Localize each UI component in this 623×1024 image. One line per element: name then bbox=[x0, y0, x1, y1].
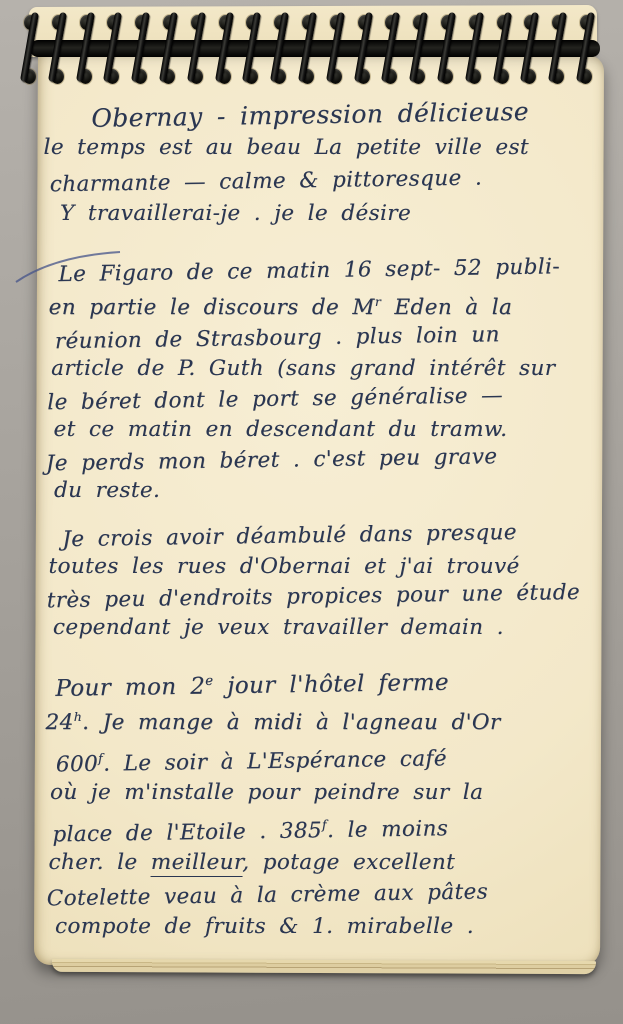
handwritten-line: charmante — calme & pittoresque . bbox=[50, 160, 596, 202]
text-segment: , potage excellent bbox=[242, 850, 455, 875]
text-segment: Je perds mon béret . c'est peu grave bbox=[46, 444, 498, 476]
handwritten-line: 600f. Le soir à L'Espérance café bbox=[56, 735, 601, 782]
handwritten-line: toutes les rues d'Obernai et j'ai trouvé bbox=[48, 552, 598, 583]
handwritten-line: en partie le discours de Mr Eden à la bbox=[49, 286, 597, 323]
paragraph-2: Le Figaro de ce matin 16 sept- 52 publi-… bbox=[40, 254, 598, 508]
text-segment: Cotelette veau à la crème aux pâtes bbox=[47, 880, 489, 912]
handwritten-line: réunion de Strasbourg . plus loin un bbox=[55, 319, 597, 358]
handwritten-line: cependant je veux travailler demain . bbox=[53, 613, 599, 644]
text-segment: très peu d'endroits propices pour une ét… bbox=[47, 580, 581, 613]
text-segment: compote de fruits & 1. mirabelle . bbox=[55, 914, 474, 939]
text-segment: Je crois avoir déambulé dans presque bbox=[62, 520, 517, 552]
paragraph-4: Pour mon 2e jour l'hôtel ferme24h. Je ma… bbox=[43, 662, 601, 945]
paragraph-1: Obernay - impression délicieusele temps … bbox=[39, 96, 596, 232]
text-segment: en partie le discours de M bbox=[49, 295, 375, 320]
notebook-photo: Obernay - impression délicieusele temps … bbox=[0, 0, 623, 1024]
text-segment: 600 bbox=[56, 752, 99, 778]
text-segment: jour l'hôtel ferme bbox=[213, 670, 449, 700]
text-segment: place de l'Etoile . 385 bbox=[52, 818, 322, 847]
handwritten-text: Obernay - impression délicieusele temps … bbox=[39, 52, 601, 945]
text-segment: Le Figaro de ce matin 16 sept- 52 publi- bbox=[58, 254, 560, 287]
underlined-word: meilleur bbox=[151, 850, 242, 877]
handwritten-line: du reste. bbox=[54, 476, 598, 507]
text-segment: le temps est au beau La petite ville est bbox=[44, 135, 529, 160]
handwritten-line: très peu d'endroits propices pour une ét… bbox=[46, 578, 598, 617]
handwritten-line: Y travaillerai-je . je le désire bbox=[60, 197, 596, 230]
handwritten-line: où je m'installe pour peindre sur la bbox=[50, 777, 600, 809]
handwritten-line: Cotelette veau à la crème aux pâtes bbox=[47, 875, 601, 916]
handwritten-line: le béret dont le port se généralise — bbox=[47, 380, 597, 419]
text-segment: cependant je veux travailler demain . bbox=[53, 615, 504, 640]
handwritten-line: compote de fruits & 1. mirabelle . bbox=[55, 911, 601, 943]
handwritten-line: Je crois avoir déambulé dans presque bbox=[62, 517, 598, 556]
text-segment: . le moins bbox=[327, 816, 449, 843]
text-segment: Obernay - impression délicieuse bbox=[91, 97, 529, 133]
text-segment: cher. le bbox=[49, 850, 151, 875]
text-segment: 24 bbox=[46, 710, 74, 735]
text-segment: . Le soir à L'Espérance café bbox=[103, 746, 447, 776]
handwritten-line: place de l'Etoile . 385f. le moins bbox=[52, 805, 601, 852]
handwritten-line: Pour mon 2e jour l'hôtel ferme bbox=[55, 660, 600, 705]
handwritten-line: 24h. Je mange à midi à l'agneau d'Or bbox=[46, 701, 600, 739]
text-segment: et ce matin en descendant du tramw. bbox=[54, 417, 508, 442]
text-segment: réunion de Strasbourg . plus loin un bbox=[55, 322, 500, 354]
handwritten-line: et ce matin en descendant du tramw. bbox=[54, 415, 598, 446]
text-segment: du reste. bbox=[54, 478, 160, 503]
page-stack-edge bbox=[52, 959, 596, 974]
handwritten-line: le temps est au beau La petite ville est bbox=[44, 131, 596, 164]
text-segment: Eden à la bbox=[381, 295, 512, 320]
text-segment: le béret dont le port se généralise — bbox=[47, 383, 503, 415]
handwritten-line: Le Figaro de ce matin 16 sept- 52 publi- bbox=[58, 252, 596, 291]
handwritten-line: Je perds mon béret . c'est peu grave bbox=[46, 441, 598, 480]
text-segment: Pour mon 2 bbox=[55, 674, 205, 702]
text-segment: article de P. Guth (sans grand intérêt s… bbox=[51, 356, 555, 381]
text-segment: . Je mange à midi à l'agneau d'Or bbox=[82, 710, 500, 735]
text-segment: où je m'installe pour peindre sur la bbox=[50, 780, 483, 805]
paragraph-3: Je crois avoir déambulé dans presquetout… bbox=[42, 519, 599, 645]
handwritten-line: article de P. Guth (sans grand intérêt s… bbox=[51, 354, 597, 385]
text-segment: toutes les rues d'Obernai et j'ai trouvé bbox=[48, 554, 519, 579]
text-segment: h bbox=[74, 709, 82, 724]
text-segment: charmante — calme & pittoresque . bbox=[50, 165, 483, 197]
text-segment: Y travaillerai-je . je le désire bbox=[60, 201, 411, 226]
handwritten-line: Obernay - impression délicieuse bbox=[91, 94, 595, 135]
handwritten-line: cher. le meilleur, potage excellent bbox=[49, 847, 601, 879]
